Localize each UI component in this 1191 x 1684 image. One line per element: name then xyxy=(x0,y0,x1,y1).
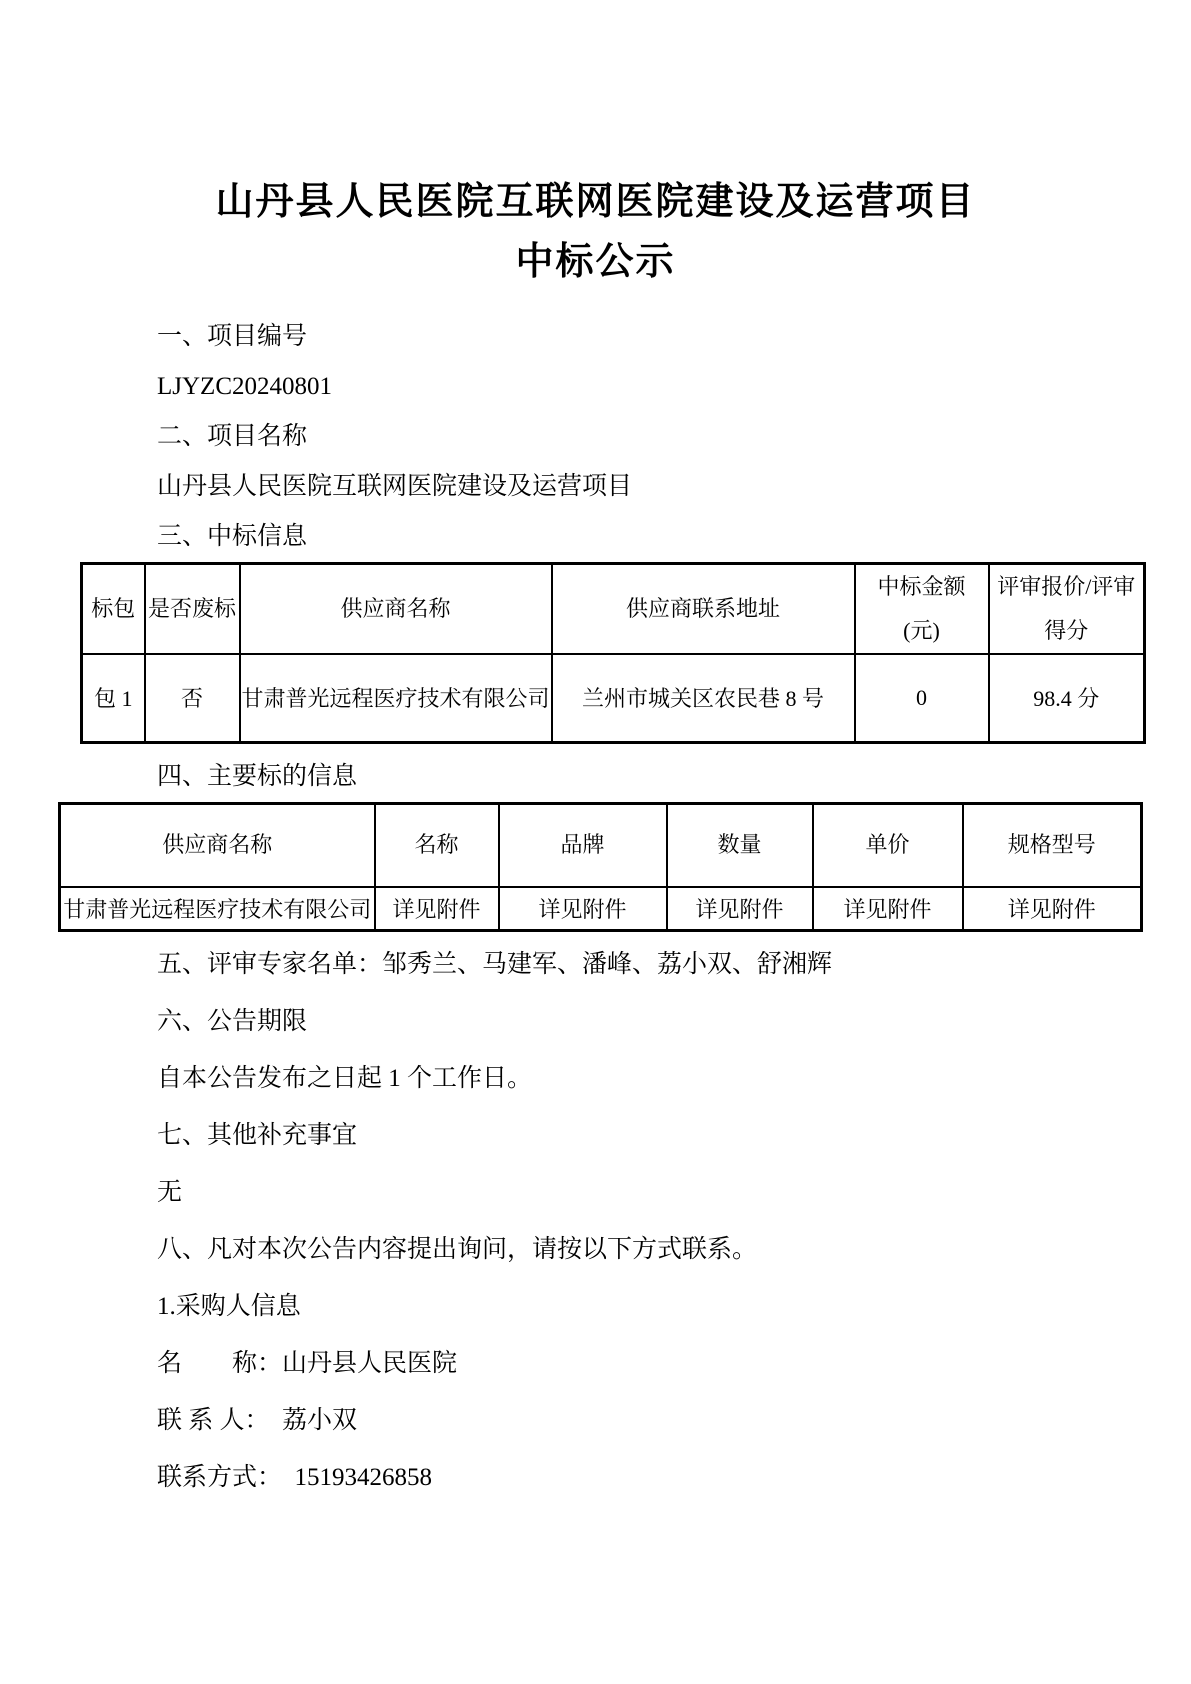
experts-line: 五、评审专家名单：邹秀兰、马建军、潘峰、荔小双、舒湘辉 xyxy=(157,936,1191,993)
award-cell-invalid: 否 xyxy=(145,654,240,742)
award-cell-amount: 0 xyxy=(855,654,989,742)
award-info-table: 标包 是否废标 供应商名称 供应商联系地址 中标金额 (元) 评审报价/评审 得… xyxy=(80,562,1146,744)
award-col-amount: 中标金额 (元) xyxy=(855,564,989,655)
subject-info-table: 供应商名称 名称 品牌 数量 单价 规格型号 甘肃普光远程医疗技术有限公司 详见… xyxy=(58,802,1143,932)
subject-col-unit-price: 单价 xyxy=(813,803,963,887)
heading-project-name: 二、项目名称 xyxy=(157,412,1191,462)
heading-subject-info: 四、主要标的信息 xyxy=(157,752,1191,802)
heading-purchaser-info: 1.采购人信息 xyxy=(157,1278,1191,1335)
subject-col-quantity: 数量 xyxy=(667,803,813,887)
award-cell-score: 98.4 分 xyxy=(989,654,1145,742)
other-value: 无 xyxy=(157,1164,1191,1221)
title-line-1: 山丹县人民医院互联网医院建设及运营项目 xyxy=(0,172,1191,232)
subject-col-spec-model: 规格型号 xyxy=(963,803,1142,887)
subject-col-supplier-name: 供应商名称 xyxy=(60,803,375,887)
award-cell-supplier-name: 甘肃普光远程医疗技术有限公司 xyxy=(240,654,552,742)
award-col-supplier-address: 供应商联系地址 xyxy=(552,564,855,655)
subject-cell-quantity: 详见附件 xyxy=(667,887,813,930)
project-name-value: 山丹县人民医院互联网医院建设及运营项目 xyxy=(157,462,1191,512)
notice-period-value: 自本公告发布之日起 1 个工作日。 xyxy=(157,1050,1191,1107)
award-cell-supplier-address: 兰州市城关区农民巷 8 号 xyxy=(552,654,855,742)
award-col-invalid: 是否废标 xyxy=(145,564,240,655)
heading-inquiry: 八、凡对本次公告内容提出询问，请按以下方式联系。 xyxy=(157,1221,1191,1278)
subject-cell-spec-model: 详见附件 xyxy=(963,887,1142,930)
award-col-supplier-name: 供应商名称 xyxy=(240,564,552,655)
document-page: 山丹县人民医院互联网医院建设及运营项目 中标公示 一、项目编号 LJYZC202… xyxy=(0,0,1191,1684)
subject-col-brand: 品牌 xyxy=(499,803,667,887)
heading-project-number: 一、项目编号 xyxy=(157,312,1191,362)
heading-notice-period: 六、公告期限 xyxy=(157,993,1191,1050)
contact-phone-line: 联系方式： 15193426858 xyxy=(157,1449,1191,1506)
subject-cell-name: 详见附件 xyxy=(375,887,499,930)
subject-table-row: 甘肃普光远程医疗技术有限公司 详见附件 详见附件 详见附件 详见附件 详见附件 xyxy=(60,887,1142,930)
subject-col-name: 名称 xyxy=(375,803,499,887)
award-table-row: 包 1 否 甘肃普光远程医疗技术有限公司 兰州市城关区农民巷 8 号 0 98.… xyxy=(82,654,1145,742)
subject-cell-supplier-name: 甘肃普光远程医疗技术有限公司 xyxy=(60,887,375,930)
subject-cell-unit-price: 详见附件 xyxy=(813,887,963,930)
subject-cell-brand: 详见附件 xyxy=(499,887,667,930)
project-number-value: LJYZC20240801 xyxy=(157,362,1191,412)
title-line-2: 中标公示 xyxy=(0,232,1191,292)
section-block-bottom: 五、评审专家名单：邹秀兰、马建军、潘峰、荔小双、舒湘辉 六、公告期限 自本公告发… xyxy=(157,936,1191,1506)
award-col-package: 标包 xyxy=(82,564,145,655)
purchaser-name-line: 名 称：山丹县人民医院 xyxy=(157,1335,1191,1392)
heading-award-info: 三、中标信息 xyxy=(157,512,1191,562)
subject-table-header-row: 供应商名称 名称 品牌 数量 单价 规格型号 xyxy=(60,803,1142,887)
document-title: 山丹县人民医院互联网医院建设及运营项目 中标公示 xyxy=(0,0,1191,292)
heading-other: 七、其他补充事宜 xyxy=(157,1107,1191,1164)
award-table-header-row: 标包 是否废标 供应商名称 供应商联系地址 中标金额 (元) 评审报价/评审 得… xyxy=(82,564,1145,655)
award-col-score: 评审报价/评审 得分 xyxy=(989,564,1145,655)
section-block-top: 一、项目编号 LJYZC20240801 二、项目名称 山丹县人民医院互联网医院… xyxy=(157,312,1191,562)
contact-person-line: 联 系 人： 荔小双 xyxy=(157,1392,1191,1449)
award-cell-package: 包 1 xyxy=(82,654,145,742)
